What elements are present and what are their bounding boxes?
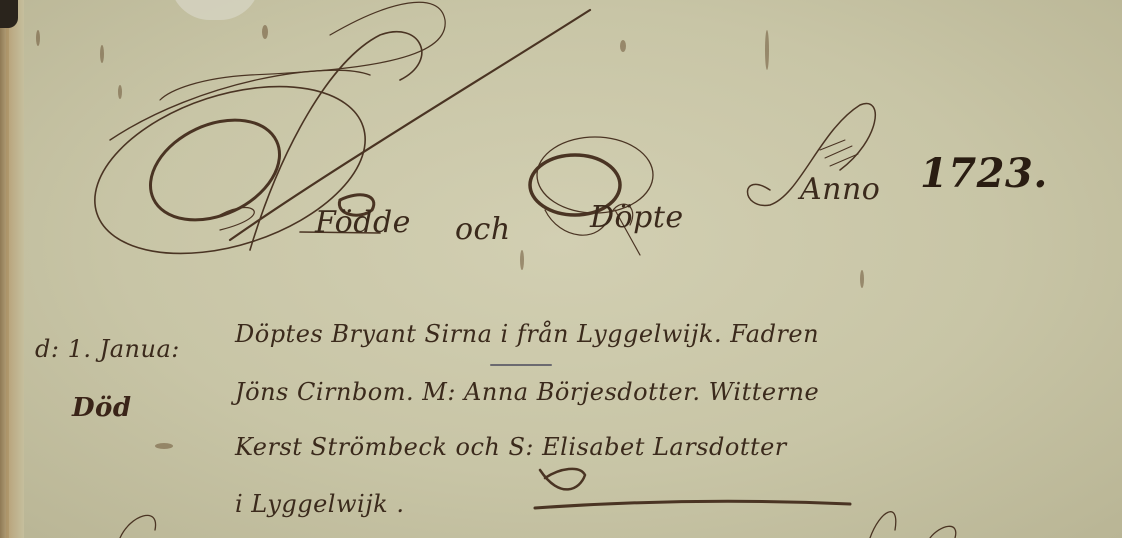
- heading-word: Döpte: [590, 200, 684, 235]
- entry-date: d: 1. Janua:: [35, 335, 180, 363]
- name-underline: [490, 364, 552, 366]
- heading-prefix: Födde: [315, 205, 411, 240]
- entry-line-1: Döptes Bryant Sirna i från Lyggelwijk. F…: [235, 320, 819, 348]
- entry-line-3: Kerst Strömbeck och S: Elisabet Larsdott…: [235, 433, 787, 461]
- paper-stain: [520, 250, 524, 270]
- entry-line-2: Jöns Cirnbom. M: Anna Börjesdotter. Witt…: [235, 378, 819, 406]
- paper-stain: [620, 40, 626, 52]
- paper-stain: [860, 270, 864, 288]
- paper-stain: [765, 30, 769, 70]
- paper-stain: [100, 45, 104, 63]
- paper-stain: [36, 30, 40, 46]
- heading-year: 1723.: [920, 150, 1048, 197]
- paper-stain: [118, 85, 122, 99]
- manuscript-page: Födde och Döpte Anno 1723. d: 1. Janua: …: [0, 0, 1122, 538]
- entry-margin-note: Död: [72, 393, 132, 423]
- heading-anno: Anno: [800, 172, 880, 207]
- paper-stain: [262, 25, 268, 39]
- paper-stain: [155, 443, 173, 449]
- heading-conjunction: och: [455, 212, 511, 247]
- entry-line-4: i Lyggelwijk .: [235, 490, 404, 518]
